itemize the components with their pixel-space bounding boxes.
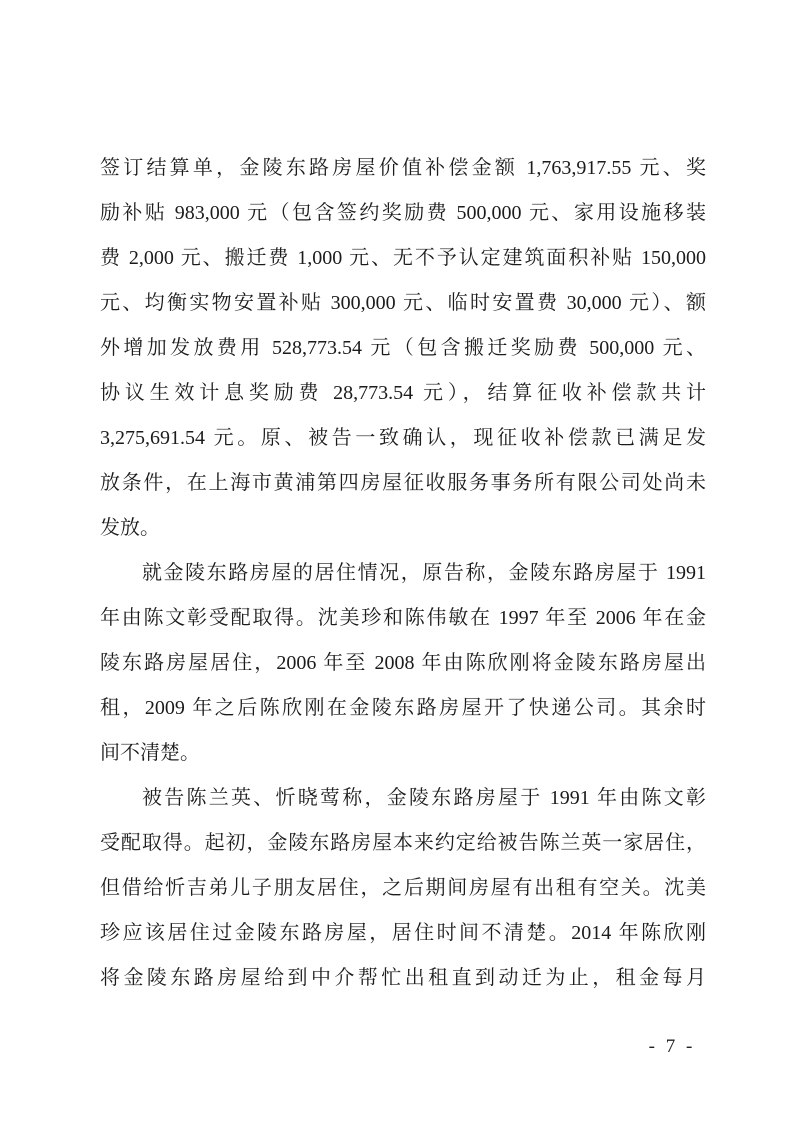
text-line: 外增加发放费用 528,773.54 元（包含搬迁奖励费 500,000 元、 xyxy=(100,326,706,371)
text-line: 费 2,000 元、搬迁费 1,000 元、无不予认定建筑面积补贴 150,00… xyxy=(100,236,706,281)
text-line: 放条件，在上海市黄浦第四房屋征收服务事务所有限公司处尚未 xyxy=(100,461,706,506)
page-number: - 7 - xyxy=(630,1034,714,1060)
paragraph: 就金陵东路房屋的居住情况，原告称，金陵东路房屋于 1991年由陈文彰受配取得。沈… xyxy=(100,551,706,776)
text-line: 但借给忻吉弟儿子朋友居住，之后期间房屋有出租有空关。沈美 xyxy=(100,866,706,911)
paragraph: 被告陈兰英、忻晓莺称，金陵东路房屋于 1991 年由陈文彰受配取得。起初，金陵东… xyxy=(100,776,706,1001)
document-body: 签订结算单，金陵东路房屋价值补偿金额 1,763,917.55 元、奖励补贴 9… xyxy=(100,146,706,1001)
text-line: 珍应该居住过金陵东路房屋，居住时间不清楚。2014 年陈欣刚 xyxy=(100,911,706,956)
text-line: 签订结算单，金陵东路房屋价值补偿金额 1,763,917.55 元、奖 xyxy=(100,146,706,191)
text-line: 就金陵东路房屋的居住情况，原告称，金陵东路房屋于 1991 xyxy=(100,551,706,596)
text-line: 元、均衡实物安置补贴 300,000 元、临时安置费 30,000 元）、额 xyxy=(100,281,706,326)
text-line: 受配取得。起初，金陵东路房屋本来约定给被告陈兰英一家居住， xyxy=(100,821,706,866)
text-line: 年由陈文彰受配取得。沈美珍和陈伟敏在 1997 年至 2006 年在金 xyxy=(100,596,706,641)
text-line: 陵东路房屋居住，2006 年至 2008 年由陈欣刚将金陵东路房屋出 xyxy=(100,641,706,686)
text-line: 将金陵东路房屋给到中介帮忙出租直到动迁为止，租金每月 xyxy=(100,956,706,1001)
document-page: 签订结算单，金陵东路房屋价值补偿金额 1,763,917.55 元、奖励补贴 9… xyxy=(0,0,800,1131)
text-line: 被告陈兰英、忻晓莺称，金陵东路房屋于 1991 年由陈文彰 xyxy=(100,776,706,821)
text-line: 协议生效计息奖励费 28,773.54 元），结算征收补偿款共计 xyxy=(100,371,706,416)
text-line: 3,275,691.54 元。原、被告一致确认，现征收补偿款已满足发 xyxy=(100,416,706,461)
paragraph: 签订结算单，金陵东路房屋价值补偿金额 1,763,917.55 元、奖励补贴 9… xyxy=(100,146,706,551)
text-line: 间不清楚。 xyxy=(100,731,706,776)
text-line: 租，2009 年之后陈欣刚在金陵东路房屋开了快递公司。其余时 xyxy=(100,686,706,731)
text-line: 发放。 xyxy=(100,506,706,551)
text-line: 励补贴 983,000 元（包含签约奖励费 500,000 元、家用设施移装 xyxy=(100,191,706,236)
